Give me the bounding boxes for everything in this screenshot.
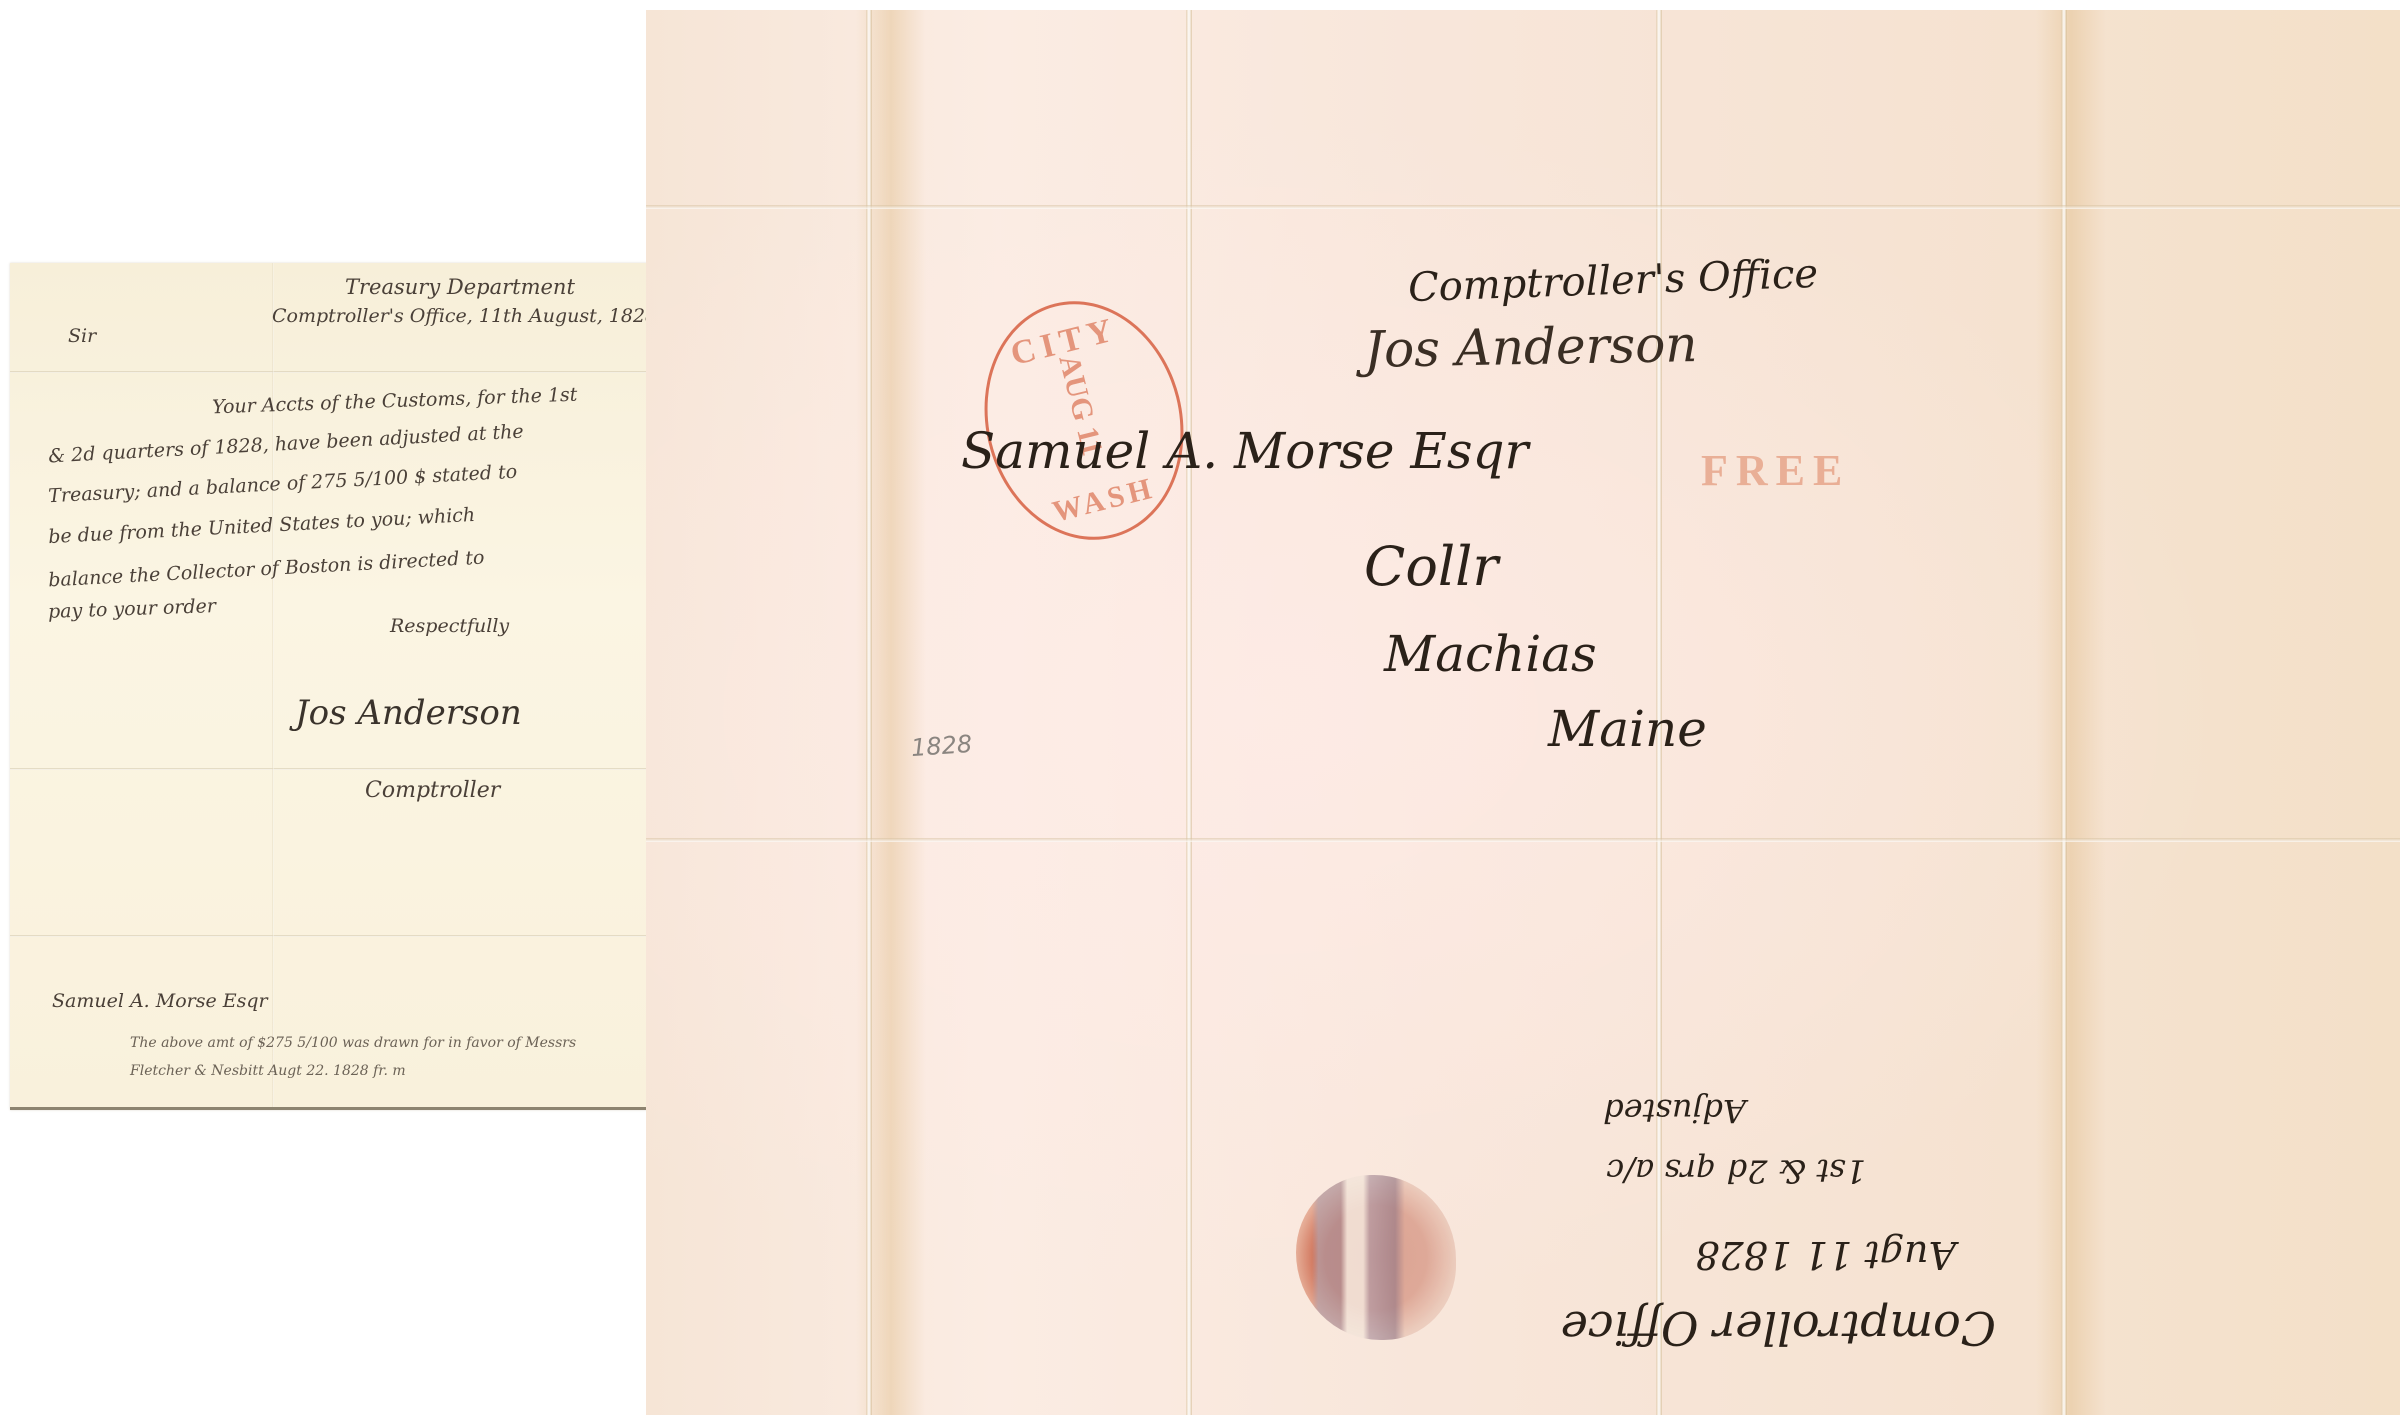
fold-crease: [10, 371, 696, 373]
letter-salutation: Sir: [68, 325, 96, 347]
docket-line: Comptroller Office: [1561, 1301, 1996, 1355]
letter-addressee: Samuel A. Morse Esqr: [52, 990, 268, 1012]
fold-crease: [2061, 10, 2067, 1415]
address-title: Collr: [1364, 535, 1498, 598]
free-frank-stamp: FREE: [1701, 445, 1850, 496]
pencil-year-note: 1828: [910, 730, 973, 762]
fold-crease: [10, 768, 696, 770]
docket-line: Adjusted: [1603, 1092, 1746, 1130]
fold-crease: [866, 10, 872, 1415]
letter-body-line: Treasury; and a balance of 275 5/100 $ s…: [48, 461, 518, 508]
letter-closing: Respectfully: [390, 615, 509, 637]
fold-crease: [646, 838, 2400, 842]
fold-crease: [646, 205, 2400, 209]
letter-body-line: be due from the United States to you; wh…: [48, 504, 476, 548]
letter-page: Treasury Department Comptroller's Office…: [10, 263, 696, 1110]
docket-note: Comptroller Office Augt 11 1828 1st & 2d…: [1546, 1065, 2016, 1365]
address-name: Samuel A. Morse Esqr: [961, 422, 1528, 480]
envelope-cover: CITY AUG 11 WASH FREE Comptroller's Offi…: [646, 10, 2400, 1415]
letter-body-line: Your Accts of the Customs, for the 1st: [212, 384, 578, 419]
letter-signature: Jos Anderson: [295, 693, 522, 733]
wax-seal: [1296, 1175, 1456, 1340]
address-city: Machias: [1384, 625, 1597, 683]
fold-crease: [272, 263, 274, 1110]
docket-line: 1st & 2d qrs a/c: [1606, 1152, 1866, 1190]
fold-crease: [10, 935, 696, 937]
letter-body-line: & 2d quarters of 1828, have been adjuste…: [48, 421, 524, 468]
letter-signatory-title: Comptroller: [365, 778, 500, 803]
fold-crease: [1186, 10, 1192, 1415]
letter-heading-department: Treasury Department: [345, 275, 575, 299]
postmark-stamp: CITY AUG 11 WASH: [960, 280, 1208, 561]
docket-line: Augt 11 1828: [1695, 1233, 1956, 1277]
fold-stain: [2036, 10, 2106, 1415]
frank-signature: Jos Anderson: [1364, 315, 1698, 379]
letter-note-line: The above amt of $275 5/100 was drawn fo…: [130, 1035, 576, 1051]
letter-body-line: balance the Collector of Boston is direc…: [48, 547, 485, 592]
page-edge: [10, 1107, 696, 1110]
letter-body-line: pay to your order: [48, 595, 217, 623]
letter-note-line: Fletcher & Nesbitt Augt 22. 1828 fr. m: [130, 1063, 406, 1079]
address-state: Maine: [1548, 700, 1707, 758]
letter-heading-date: Comptroller's Office, 11th August, 1828: [272, 305, 657, 327]
frank-office: Comptroller's Office: [1407, 251, 1818, 311]
